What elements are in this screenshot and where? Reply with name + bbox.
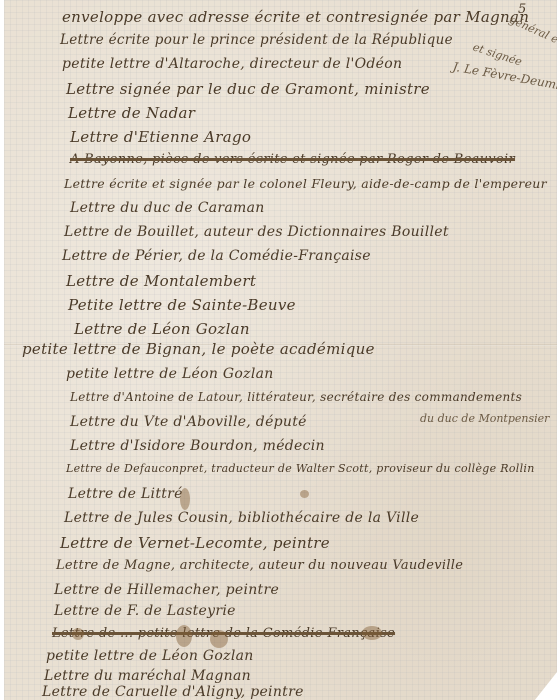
manuscript-line: Lettre de Montalembert bbox=[66, 272, 256, 290]
ink-stain bbox=[72, 628, 84, 640]
manuscript-line: petite lettre de Léon Gozlan bbox=[66, 366, 274, 382]
manuscript-line: Lettre de Vernet-Lecomte, peintre bbox=[60, 534, 330, 552]
ink-stain bbox=[180, 488, 190, 510]
manuscript-line: petite lettre de Bignan, le poète académ… bbox=[22, 340, 375, 358]
ink-stain bbox=[210, 630, 228, 648]
manuscript-line: petite lettre de Léon Gozlan bbox=[46, 648, 254, 664]
manuscript-line: Lettre du maréchal Magnan bbox=[44, 668, 251, 684]
manuscript-line: Lettre de Périer, de la Comédie-Français… bbox=[62, 248, 371, 264]
manuscript-line: Lettre de F. de Lasteyrie bbox=[54, 603, 236, 619]
manuscript-line-struck: A Bayonne, pièce de vers écrite et signé… bbox=[70, 152, 515, 167]
manuscript-line: enveloppe avec adresse écrite et contres… bbox=[62, 8, 529, 26]
manuscript-line: Lettre d'Isidore Bourdon, médecin bbox=[70, 438, 325, 454]
manuscript-line: Lettre signée par le duc de Gramont, min… bbox=[66, 80, 430, 98]
manuscript-line: Lettre de Littré bbox=[68, 486, 183, 502]
manuscript-line: Lettre de Hillemacher, peintre bbox=[54, 582, 279, 598]
manuscript-line: Petite lettre de Sainte-Beuve bbox=[68, 296, 296, 314]
manuscript-line: Lettre d'Antoine de Latour, littérateur,… bbox=[70, 390, 522, 404]
manuscript-line: Lettre de Magne, architecte, auteur du n… bbox=[56, 558, 463, 573]
ink-stain bbox=[176, 625, 192, 647]
manuscript-line: Lettre de Nadar bbox=[68, 104, 195, 122]
manuscript-line: Lettre écrite pour le prince président d… bbox=[60, 32, 453, 48]
manuscript-line: Lettre de Léon Gozlan bbox=[74, 320, 250, 338]
manuscript-line: Lettre de Caruelle d'Aligny, peintre bbox=[42, 684, 304, 700]
manuscript-line: Lettre de Bouillet, auteur des Dictionna… bbox=[64, 224, 449, 240]
ink-stain bbox=[362, 626, 382, 640]
manuscript-line: Lettre de Defauconpret, traducteur de Wa… bbox=[66, 462, 535, 475]
ink-stain bbox=[300, 490, 309, 498]
margin-note: du duc de Montpensier bbox=[420, 412, 549, 425]
manuscript-line: Lettre écrite et signée par le colonel F… bbox=[64, 176, 547, 191]
manuscript-line: Lettre du Vte d'Aboville, député bbox=[70, 414, 307, 430]
manuscript-line: Lettre de Jules Cousin, bibliothécaire d… bbox=[64, 510, 419, 526]
manuscript-line: petite lettre d'Altaroche, directeur de … bbox=[62, 56, 402, 72]
manuscript-line: Lettre du duc de Caraman bbox=[70, 200, 265, 216]
manuscript-line: Lettre d'Etienne Arago bbox=[70, 128, 251, 146]
